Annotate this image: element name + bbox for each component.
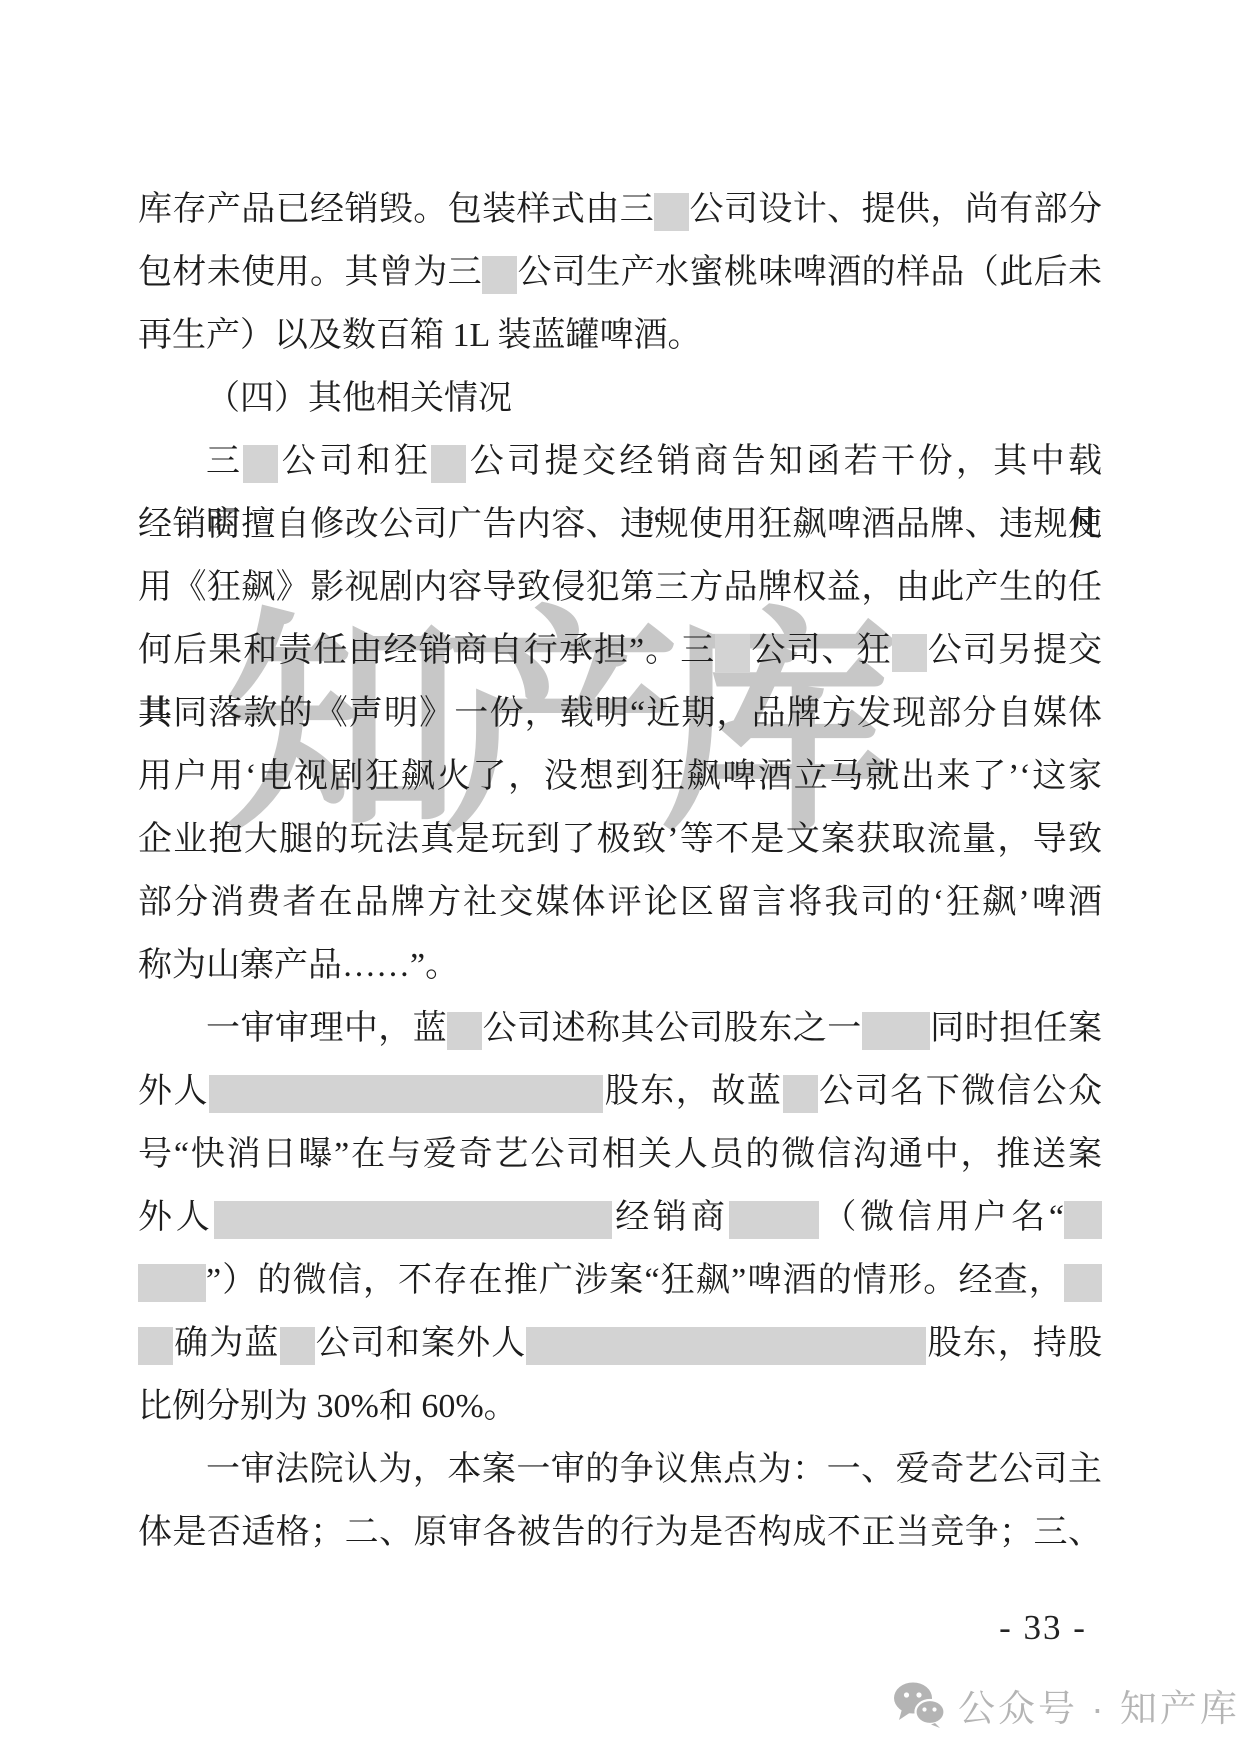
redaction-box xyxy=(138,1327,173,1365)
text-segment: 共同落款的《声明》一份，载明“近期，品牌方发现部分自媒体 xyxy=(138,695,1102,732)
text-line: 企业抱大腿的玩法真是玩到了极致’等不是文案获取流量，导致 xyxy=(138,808,1102,871)
text-segment: 包材未使用。其曾为三 xyxy=(138,254,482,291)
text-segment: 再生产）以及数百箱 1L 装蓝罐啤酒。 xyxy=(138,317,702,354)
text-segment: 一审法院认为，本案一审的争议焦点为：一、爱奇艺公司主 xyxy=(206,1451,1102,1488)
redaction-box xyxy=(243,445,278,483)
text-line: （四）其他相关情况 xyxy=(138,367,1102,430)
text-line: 部分消费者在品牌方社交媒体评论区留言将我司的‘狂飙’啤酒 xyxy=(138,871,1102,934)
text-block: 库存产品已经销毁。包装样式由三公司设计、提供，尚有部分包材未使用。其曾为三公司生… xyxy=(138,178,1102,1564)
text-segment: ”）的微信，不存在推广涉案“狂飙”啤酒的情形。经查， xyxy=(206,1262,1064,1299)
redaction-box xyxy=(1064,1264,1102,1302)
text-line: 外人股东，故蓝公司名下微信公众 xyxy=(138,1060,1102,1123)
text-segment: 公司名下微信公众 xyxy=(818,1073,1103,1110)
text-segment: 库存产品已经销毁。包装样式由三 xyxy=(138,191,654,228)
text-line: 号“快消日曝”在与爱奇艺公司相关人员的微信沟通中，推送案 xyxy=(138,1123,1102,1186)
text-line: 包材未使用。其曾为三公司生产水蜜桃味啤酒的样品（此后未 xyxy=(138,241,1102,304)
text-line: 确为蓝公司和案外人股东，持股 xyxy=(138,1312,1102,1375)
text-line: 共同落款的《声明》一份，载明“近期，品牌方发现部分自媒体 xyxy=(138,682,1102,745)
footer-label: 公众号 · 知产库 xyxy=(958,1678,1240,1732)
text-segment: 公司生产水蜜桃味啤酒的样品（此后未 xyxy=(517,254,1102,291)
text-line: ”）的微信，不存在推广涉案“狂飙”啤酒的情形。经查， xyxy=(138,1249,1102,1312)
text-segment: 体是否适格；二、原审各被告的行为是否构成不正当竞争；三、 xyxy=(138,1514,1102,1551)
text-line: 何后果和责任由经销商自行承担”。三公司、狂公司另提交其 xyxy=(138,619,1102,682)
text-line: 库存产品已经销毁。包装样式由三公司设计、提供，尚有部分 xyxy=(138,178,1102,241)
redaction-box xyxy=(892,634,927,672)
text-line: 一审法院认为，本案一审的争议焦点为：一、爱奇艺公司主 xyxy=(138,1438,1102,1501)
text-line: 用《狂飙》影视剧内容导致侵犯第三方品牌权益，由此产生的任 xyxy=(138,556,1102,619)
text-segment: 用户用‘电视剧狂飙火了，没想到狂飙啤酒立马就出来了’‘这家 xyxy=(138,758,1102,795)
text-segment: 确为蓝 xyxy=(173,1325,280,1362)
redaction-box xyxy=(526,1327,926,1365)
text-segment: 公司设计、提供，尚有部分 xyxy=(689,191,1102,228)
redaction-box xyxy=(209,1075,603,1113)
redaction-box xyxy=(447,1012,482,1050)
redaction-box xyxy=(214,1201,612,1239)
text-segment: 经销商擅自修改公司广告内容、违规使用狂飙啤酒品牌、违规使 xyxy=(138,506,1102,543)
text-segment: 股东，持股 xyxy=(926,1325,1102,1362)
text-line: 再生产）以及数百箱 1L 装蓝罐啤酒。 xyxy=(138,304,1102,367)
page-number: - 33 - xyxy=(978,1608,1108,1648)
redaction-box xyxy=(482,256,517,294)
redaction-box xyxy=(729,1201,819,1239)
text-segment: 股东，故蓝 xyxy=(603,1073,782,1110)
footer: 公众号 · 知产库 xyxy=(893,1678,1240,1732)
text-segment: 公司述称其公司股东之一 xyxy=(482,1010,862,1047)
redaction-box xyxy=(654,193,689,231)
wechat-icon xyxy=(893,1682,945,1728)
redaction-box xyxy=(715,634,750,672)
text-line: 三公司和狂公司提交经销商告知函若干份，其中载明“凡 xyxy=(138,430,1102,493)
text-segment: 经销商 xyxy=(612,1199,729,1236)
text-segment: 比例分别为 30%和 60%。 xyxy=(138,1388,518,1425)
text-line: 经销商擅自修改公司广告内容、违规使用狂飙啤酒品牌、违规使 xyxy=(138,493,1102,556)
document-page: 知产库 库存产品已经销毁。包装样式由三公司设计、提供，尚有部分包材未使用。其曾为… xyxy=(0,0,1240,1753)
redaction-box xyxy=(138,1264,206,1302)
text-segment: 外人 xyxy=(138,1073,209,1110)
redaction-box xyxy=(280,1327,315,1365)
text-segment: 三 xyxy=(206,443,243,480)
text-segment: 何后果和责任由经销商自行承担”。三 xyxy=(138,632,715,669)
text-line: 比例分别为 30%和 60%。 xyxy=(138,1375,1102,1438)
redaction-box xyxy=(862,1012,930,1050)
text-line: 一审审理中，蓝公司述称其公司股东之一同时担任案 xyxy=(138,997,1102,1060)
text-segment: 称为山寨产品……”。 xyxy=(138,947,459,984)
text-segment: 用《狂飙》影视剧内容导致侵犯第三方品牌权益，由此产生的任 xyxy=(138,569,1102,606)
text-segment: 一审审理中，蓝 xyxy=(206,1010,447,1047)
text-segment: 公司和狂 xyxy=(278,443,431,480)
text-segment: 同时担任案 xyxy=(930,1010,1102,1047)
redaction-box xyxy=(783,1075,818,1113)
text-segment: 外人 xyxy=(138,1199,214,1236)
text-segment: 号“快消日曝”在与爱奇艺公司相关人员的微信沟通中，推送案 xyxy=(138,1136,1102,1173)
text-line: 体是否适格；二、原审各被告的行为是否构成不正当竞争；三、 xyxy=(138,1501,1102,1564)
redaction-box xyxy=(431,445,466,483)
text-line: 外人经销商（微信用户名“ xyxy=(138,1186,1102,1249)
text-segment: 部分消费者在品牌方社交媒体评论区留言将我司的‘狂飙’啤酒 xyxy=(138,884,1102,921)
redaction-box xyxy=(1064,1201,1102,1239)
text-segment: 公司和案外人 xyxy=(315,1325,527,1362)
text-segment: （微信用户名“ xyxy=(819,1199,1064,1236)
text-segment: 企业抱大腿的玩法真是玩到了极致’等不是文案获取流量，导致 xyxy=(138,821,1102,858)
text-segment: （四）其他相关情况 xyxy=(206,380,512,417)
text-line: 用户用‘电视剧狂飙火了，没想到狂飙啤酒立马就出来了’‘这家 xyxy=(138,745,1102,808)
text-line: 称为山寨产品……”。 xyxy=(138,934,1102,997)
text-segment: 公司、狂 xyxy=(750,632,891,669)
